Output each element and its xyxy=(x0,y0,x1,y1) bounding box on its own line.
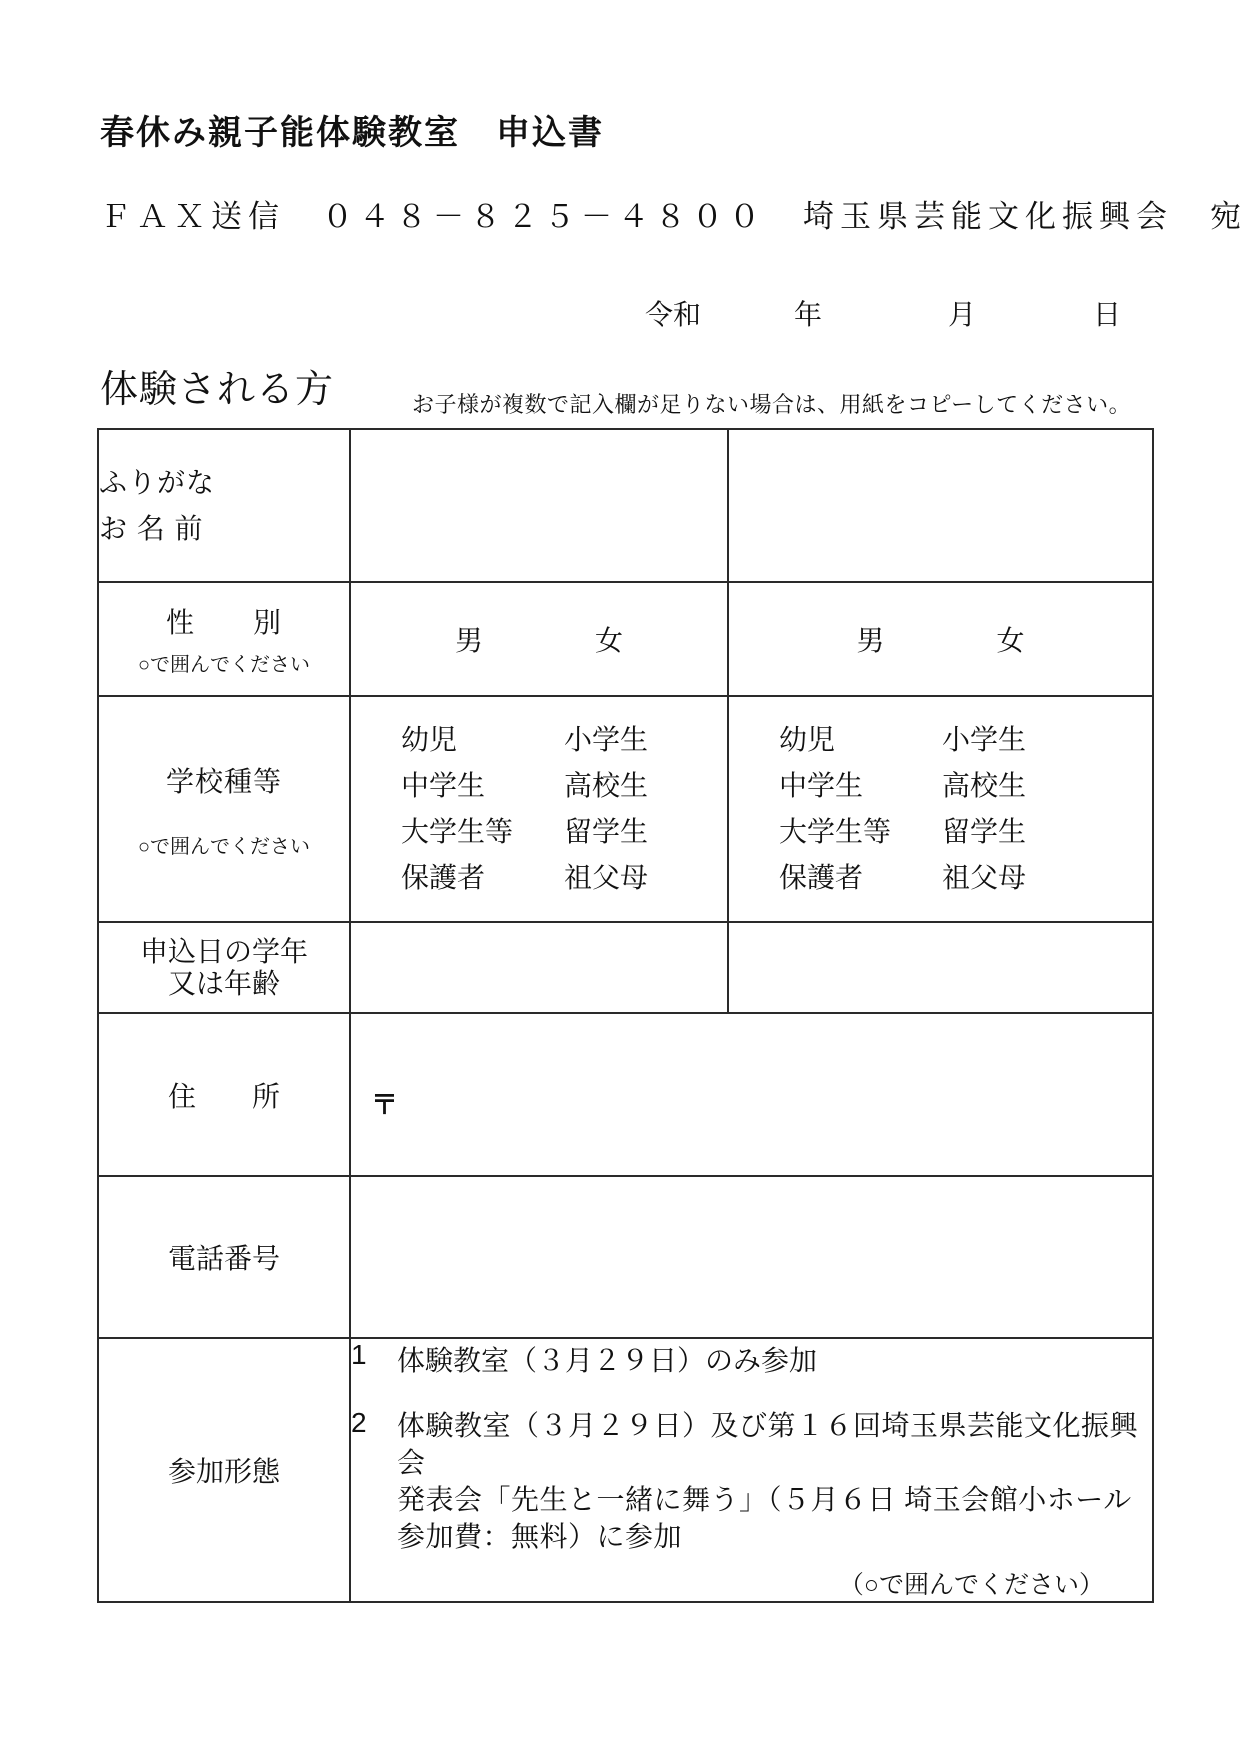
name-row-label: ふりがな お 名 前 xyxy=(98,429,350,582)
school-row-label: 学校種等 ○で囲んでください xyxy=(98,696,350,922)
gender-row-label: 性 別 ○で囲んでください xyxy=(98,582,350,696)
gender-circle-instruction: ○で囲んでください xyxy=(99,648,349,677)
grade-input-cell-person2[interactable] xyxy=(728,922,1153,1013)
option2-number: 2 xyxy=(351,1407,371,1555)
option1-number: 1 xyxy=(351,1339,371,1379)
school-option-elementary-person2[interactable]: 小学生 xyxy=(942,717,1152,763)
option1-text: 体験教室（３月２９日）のみ参加 xyxy=(397,1339,817,1379)
school-circle-instruction: ○で囲んでください xyxy=(99,830,349,859)
furigana-label: ふりがな xyxy=(99,460,349,506)
gender-option-male-person2[interactable]: 男 xyxy=(856,619,884,659)
grade-input-cell-person1[interactable] xyxy=(350,922,728,1013)
school-option-juniorhigh-person2[interactable]: 中学生 xyxy=(779,763,942,809)
participation-row-label: 参加形態 xyxy=(98,1338,350,1602)
section-heading-participant: 体験される方 xyxy=(100,358,334,413)
row-gender: 性 別 ○で囲んでください 男 女 男 女 xyxy=(98,582,1153,696)
row-grade-age: 申込日の学年 又は年齢 xyxy=(98,922,1153,1013)
school-option-preschool-person1[interactable]: 幼児 xyxy=(401,717,564,763)
school-type-label: 学校種等 xyxy=(99,760,349,800)
grade-label-line1: 申込日の学年 xyxy=(99,936,349,968)
option2-line1: 体験教室（３月２９日）及び第１６回埼玉県芸能文化振興会 xyxy=(397,1407,1152,1481)
name-input-cell-person1[interactable] xyxy=(350,429,728,582)
school-option-intlstudent-person1[interactable]: 留学生 xyxy=(564,809,727,855)
participation-circle-instruction: （○で囲んでください） xyxy=(351,1565,1152,1601)
month-label: 月 xyxy=(948,293,976,333)
phone-label: 電話番号 xyxy=(168,1243,280,1274)
row-school-type: 学校種等 ○で囲んでください 幼児 小学生 中学生 高校生 大学生等 留学生 保… xyxy=(98,696,1153,922)
option1-gap xyxy=(371,1339,397,1379)
row-name: ふりがな お 名 前 xyxy=(98,429,1153,582)
year-label: 年 xyxy=(794,293,822,333)
document-title: 春休み親子能体験教室 申込書 xyxy=(100,105,604,154)
option2-line3: 参加費：無料）に参加 xyxy=(397,1518,1152,1555)
school-option-grandparent-person2[interactable]: 祖父母 xyxy=(942,855,1152,901)
school-option-elementary-person1[interactable]: 小学生 xyxy=(564,717,727,763)
participation-options-cell: 1 体験教室（３月２９日）のみ参加 2 体験教室（３月２９日）及び第１６回埼玉県… xyxy=(350,1338,1153,1602)
gender-cell-person2: 男 女 xyxy=(728,582,1153,696)
participation-option-1[interactable]: 1 体験教室（３月２９日）のみ参加 xyxy=(351,1339,1152,1379)
school-options-cell-person1: 幼児 小学生 中学生 高校生 大学生等 留学生 保護者 祖父母 xyxy=(350,696,728,922)
school-option-juniorhigh-person1[interactable]: 中学生 xyxy=(401,763,564,809)
school-option-highschool-person1[interactable]: 高校生 xyxy=(564,763,727,809)
gender-label: 性 別 xyxy=(99,601,349,641)
row-address: 住 所 〒 xyxy=(98,1013,1153,1176)
phone-input-cell[interactable] xyxy=(350,1176,1153,1338)
option2-gap xyxy=(371,1407,397,1555)
copy-sheet-note: お子様が複数で記入欄が足りない場合は、用紙をコピーしてください。 xyxy=(412,388,1131,419)
option2-line2: 発表会「先生と一緒に舞う」（５月６日 埼玉会館小ホール xyxy=(397,1481,1152,1518)
postal-code-mark: 〒 xyxy=(371,1083,398,1122)
gender-option-female-person1[interactable]: 女 xyxy=(595,619,623,659)
gender-cell-person1: 男 女 xyxy=(350,582,728,696)
era-label: 令和 xyxy=(645,293,701,333)
grade-row-label: 申込日の学年 又は年齢 xyxy=(98,922,350,1013)
school-option-highschool-person2[interactable]: 高校生 xyxy=(942,763,1152,809)
gender-option-male-person1[interactable]: 男 xyxy=(455,619,483,659)
name-input-cell-person2[interactable] xyxy=(728,429,1153,582)
gender-option-female-person2[interactable]: 女 xyxy=(997,619,1025,659)
school-option-intlstudent-person2[interactable]: 留学生 xyxy=(942,809,1152,855)
application-form-page: 春休み親子能体験教室 申込書 ＦＡＸ送信 ０４８－８２５－４８００ 埼玉県芸能文… xyxy=(0,0,1241,1755)
participation-label: 参加形態 xyxy=(168,1456,280,1487)
grade-label-line2: 又は年齢 xyxy=(99,968,349,1000)
participation-option-2[interactable]: 2 体験教室（３月２９日）及び第１６回埼玉県芸能文化振興会 発表会「先生と一緒に… xyxy=(351,1407,1152,1555)
school-options-cell-person2: 幼児 小学生 中学生 高校生 大学生等 留学生 保護者 祖父母 xyxy=(728,696,1153,922)
address-label: 住 所 xyxy=(168,1081,280,1112)
school-option-preschool-person2[interactable]: 幼児 xyxy=(779,717,942,763)
fax-destination-line: ＦＡＸ送信 ０４８－８２５－４８００ 埼玉県芸能文化振興会 宛 xyxy=(100,191,1241,236)
date-line: 令和 年 月 日 xyxy=(0,293,1241,329)
phone-row-label: 電話番号 xyxy=(98,1176,350,1338)
option2-text: 体験教室（３月２９日）及び第１６回埼玉県芸能文化振興会 発表会「先生と一緒に舞う… xyxy=(397,1407,1152,1555)
school-option-guardian-person2[interactable]: 保護者 xyxy=(779,855,942,901)
school-option-university-person2[interactable]: 大学生等 xyxy=(779,809,942,855)
row-participation: 参加形態 1 体験教室（３月２９日）のみ参加 2 体験教室（３月２９日）及び第１… xyxy=(98,1338,1153,1602)
school-option-grandparent-person1[interactable]: 祖父母 xyxy=(564,855,727,901)
school-option-university-person1[interactable]: 大学生等 xyxy=(401,809,564,855)
application-form-table: ふりがな お 名 前 性 別 ○で囲んでください 男 女 男 女 xyxy=(97,428,1154,1603)
address-row-label: 住 所 xyxy=(98,1013,350,1176)
name-label: お 名 前 xyxy=(99,506,349,552)
address-input-cell[interactable]: 〒 xyxy=(350,1013,1153,1176)
row-phone: 電話番号 xyxy=(98,1176,1153,1338)
school-option-guardian-person1[interactable]: 保護者 xyxy=(401,855,564,901)
day-label: 日 xyxy=(1093,293,1121,333)
